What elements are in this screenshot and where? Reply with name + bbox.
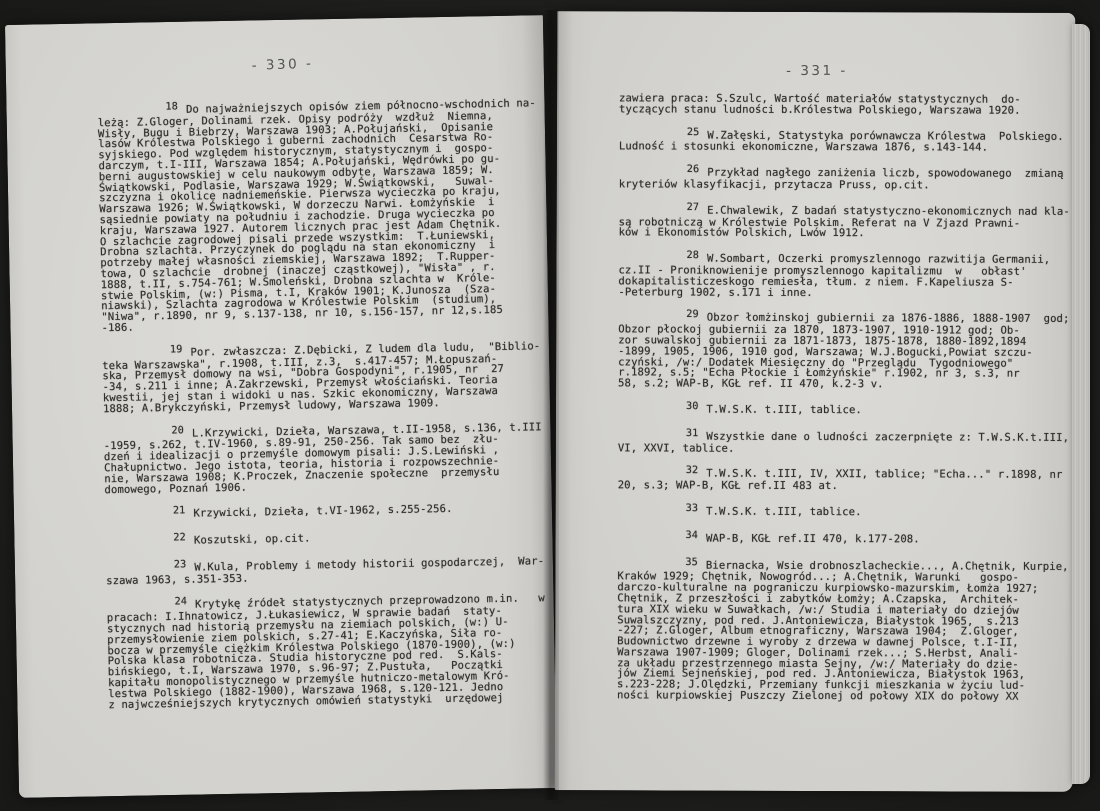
footnote-number: 27 bbox=[653, 203, 700, 214]
footnote-text: Obzor łomżinskoj gubiernii za 1876-1886,… bbox=[618, 312, 1070, 390]
footnote-23: 23W.Kula, Problemy i metody historii gos… bbox=[106, 556, 535, 586]
footnote-19: 19Por. zwłaszcza: Z.Dębicki, Z ludem dla… bbox=[102, 341, 532, 415]
page-left: - 330 - 18Do najważniejszych opisów ziem… bbox=[5, 15, 557, 798]
footnote-number: 32 bbox=[652, 466, 699, 477]
page-right: - 331 - zawiera praca: S.Szulc, Wartość … bbox=[555, 11, 1076, 792]
footnote-number: 19 bbox=[136, 345, 183, 357]
footnote-number: 30 bbox=[652, 402, 699, 413]
footnote-text: Biernacka, Wsie drobnoszlacheckie..., A.… bbox=[617, 559, 1069, 703]
footnote-29: 29Obzor łomżinskoj gubiernii za 1876-188… bbox=[618, 313, 1060, 391]
footnote-number: 34 bbox=[652, 531, 699, 542]
footnote-number: 21 bbox=[139, 507, 186, 519]
footnote-21: 21Krzywicki, Dzieła, t.VI-1962, s.255-25… bbox=[105, 503, 534, 523]
footnote-30: 30T.W.S.K. t.III, tablice. bbox=[618, 404, 1060, 417]
footnote-number: 33 bbox=[652, 504, 699, 515]
footnote-text: Do najważniejszych opisów ziem północno-… bbox=[98, 97, 536, 334]
footnote-text: T.W.S.K. t.III, tablice. bbox=[706, 506, 862, 519]
footnote-text: Krytykę źródeł statystycznych przeprowad… bbox=[107, 593, 545, 711]
footnote-number: 22 bbox=[139, 533, 186, 545]
footnote-number: 20 bbox=[137, 426, 184, 438]
footnote-25: 25W.Załęski, Statystyka porównawcza Król… bbox=[619, 130, 1061, 154]
footnote-text: T.W.S.K. t.III, tablice. bbox=[706, 404, 862, 417]
footnote-number: 35 bbox=[651, 557, 698, 568]
footnote-31: 31Wszystkie dane o ludności zaczerpnięte… bbox=[618, 431, 1060, 455]
footnote-number: 18 bbox=[131, 102, 178, 114]
footnote-continuation: zawiera praca: S.Szulc, Wartość materiał… bbox=[619, 93, 1061, 116]
footnote-20: 20L.Krzywicki, Dzieła, Warszawa, t.II-19… bbox=[103, 422, 533, 496]
footnote-text: zawiera praca: S.Szulc, Wartość materiał… bbox=[619, 92, 1021, 116]
page-left-content: - 330 - 18Do najważniejszych opisów ziem… bbox=[5, 15, 557, 798]
page-right-content: - 331 - zawiera praca: S.Szulc, Wartość … bbox=[555, 11, 1076, 792]
footnote-number: 29 bbox=[652, 310, 699, 321]
footnote-22: 22Koszutski, op.cit. bbox=[105, 529, 534, 549]
footnote-number: 31 bbox=[652, 429, 699, 440]
book-scan: - 330 - 18Do najważniejszych opisów ziem… bbox=[0, 0, 1100, 811]
footnote-24: 24Krytykę źródeł statystycznych przeprow… bbox=[107, 594, 538, 711]
footnote-33: 33T.W.S.K. t.III, tablice. bbox=[618, 506, 1060, 519]
footnotes-column-right: zawiera praca: S.Szulc, Wartość materiał… bbox=[617, 93, 1061, 702]
footnote-number: 26 bbox=[653, 165, 700, 176]
page-stack-edge bbox=[1072, 24, 1090, 784]
footnote-number: 23 bbox=[140, 560, 187, 572]
footnote-32: 32T.W.S.K. t.III, IV, XXII, tablice; "Ec… bbox=[618, 469, 1060, 493]
footnote-34: 34WAP-B, KGŁ ref.II 470, k.177-208. bbox=[617, 533, 1059, 546]
footnote-number: 24 bbox=[140, 598, 187, 610]
footnote-number: 25 bbox=[653, 128, 700, 139]
footnote-26: 26Przykład nagłego zaniżenia liczb, spow… bbox=[619, 168, 1061, 192]
footnote-text: WAP-B, KGŁ ref.II 470, k.177-208. bbox=[706, 532, 920, 545]
footnote-number: 28 bbox=[652, 251, 699, 262]
footnote-28: 28W.Sombart, Oczerki promyszlennogo razw… bbox=[618, 253, 1060, 299]
footnote-text: Koszutski, op.cit. bbox=[194, 533, 311, 547]
footnote-27: 27E.Chwalewik, Z badań statystyczno-ekon… bbox=[619, 205, 1061, 240]
footnotes-column-left: 18Do najważniejszych opisów ziem północn… bbox=[97, 98, 537, 710]
page-number-left: - 330 - bbox=[251, 48, 525, 76]
footnote-text: Krzywicki, Dzieła, t.VI-1962, s.255-256. bbox=[193, 503, 452, 520]
page-number-right: - 331 - bbox=[786, 62, 1061, 81]
footnote-18: 18Do najważniejszych opisów ziem północn… bbox=[97, 98, 530, 334]
gutter-shadow bbox=[543, 10, 559, 800]
footnote-35: 35Biernacka, Wsie drobnoszlacheckie..., … bbox=[617, 560, 1059, 703]
